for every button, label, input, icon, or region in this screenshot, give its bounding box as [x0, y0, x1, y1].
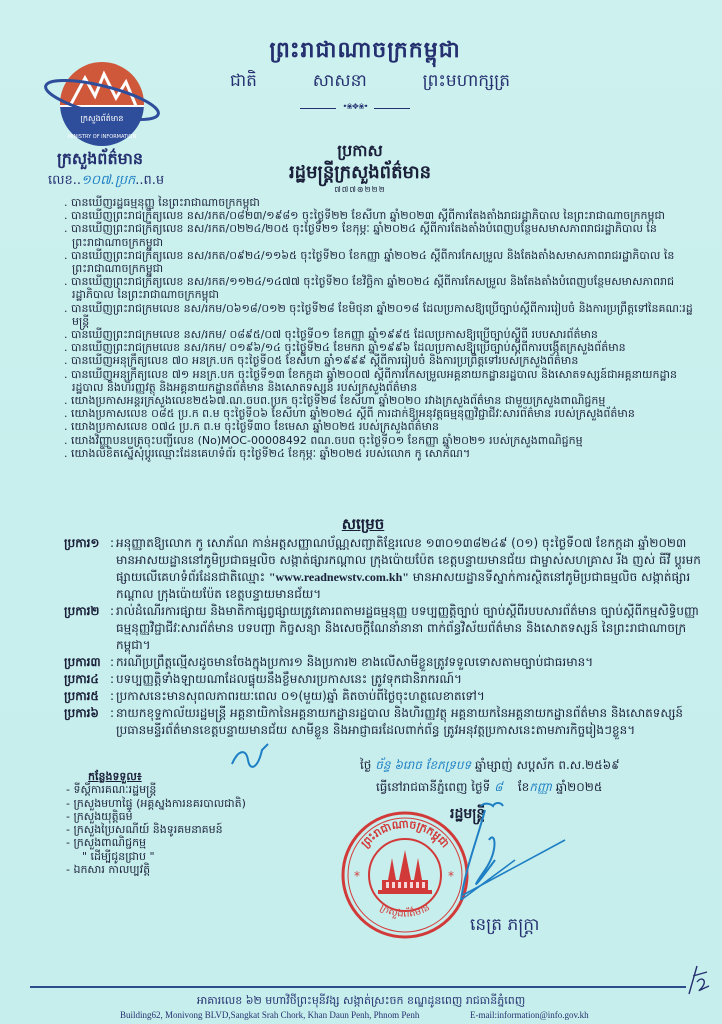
article-label: ប្រការ៣	[64, 654, 110, 671]
recipients-note: " ដើម្បីជូនជ្រាប "	[82, 850, 246, 863]
preamble-item: បានឃើញព្រះរាជក្រឹត្យលេខ នស/រកត/១១២៤/១៤៧៧…	[64, 275, 704, 301]
article-label: ប្រការ១	[64, 535, 110, 603]
svg-text:ក្រសួងព័ត៌មាន: ក្រសួងព័ត៌មាន	[378, 902, 432, 920]
svg-text:MINISTRY OF INFORMATION: MINISTRY OF INFORMATION	[68, 134, 137, 140]
article-6: ប្រការ៦: នាយកខុទ្ទកាល័យរដ្ឋមន្ត្រី អគ្គន…	[64, 705, 704, 739]
header-ornament-divider: •❀❖❀•	[300, 106, 410, 112]
minister-signature-icon	[455, 800, 575, 910]
svg-text:ក្រសួងព័ត៌មាន: ក្រសួងព័ត៌មាន	[80, 113, 123, 124]
national-motto: ជាតិ សាសនា ព្រះមហាក្សត្រ	[230, 70, 510, 95]
article-4: ប្រការ៤: បទប្បញ្ញត្តិទាំងឡាយណាដែលផ្ទុយនឹ…	[64, 671, 704, 688]
decision-heading: សម្រេច	[328, 515, 398, 537]
recipient-item: ទីស្តីការគណៈរដ្ឋមន្ត្រី	[66, 783, 246, 796]
recipients-heading: កន្លែងទទួល៖	[88, 770, 246, 783]
recipient-item: ក្រសួងប្រៃសណីយ៍ និងទូរគមនាគមន៍	[66, 823, 246, 836]
preamble-item: យោងប្រកាសលេខ ០៧៤ ប្រ.ក ព.ម ចុះថ្ងៃទី៣០ ខ…	[64, 420, 704, 433]
preamble-item: បានឃើញរដ្ឋធម្មនុញ្ញ នៃព្រះរាជាណាចក្រកម្ព…	[64, 196, 704, 209]
place-and-date: ធ្វើនៅរាជធានីភ្នំពេញ ថ្ងៃទី ៨ ខែកញ្ញា ឆ្…	[376, 779, 602, 797]
kingdom-title: ព្រះរាជាណាចក្រកម្ពុជា	[200, 36, 530, 68]
motto-nation: ជាតិ	[230, 70, 257, 95]
article-3: ប្រការ៣: ករណីប្រព្រឹត្តល្មើសដូចមានចែងក្ន…	[64, 654, 704, 671]
website-url: "www.readnewstv.com.kh"	[269, 570, 409, 584]
document-issuer: រដ្ឋមន្ត្រីក្រសួងព័ត៌មាន	[240, 160, 480, 187]
footer-email: E-mail:information@info.gov.kh	[470, 1010, 589, 1020]
document-page: ក្រសួងព័ត៌មាន MINISTRY OF INFORMATION ក្…	[0, 0, 722, 1024]
recipient-archive: ឯកសារ កាលប្បវត្តិ	[66, 863, 246, 876]
footer-address-en: Building62, Monivong BLVD,Sangkat Srah C…	[120, 1010, 419, 1020]
motto-religion: សាសនា	[313, 70, 367, 95]
preamble-item: បានឃើញព្រះរាជក្រមលេខ នស/រកម/០៦១៨/០១២ ចុះ…	[64, 302, 704, 328]
preamble-item: យោងប្រកាសអន្តរក្រសួងលេខ២៥៦៧.ណ.ចបព.ប្រក ច…	[64, 394, 704, 407]
preamble-item: បានឃើញព្រះរាជក្រមលេខ នស/រកម/ ០១៩៦/១៤ ចុះ…	[64, 341, 704, 354]
recipient-item: ក្រសួងមហាផ្ទៃ (អគ្គស្នងការនគរបាលជាតិ)	[66, 797, 246, 810]
recipient-item: ក្រសួងពាណិជ្ជកម្ម	[66, 836, 246, 849]
lunar-date: ថ្ងៃ ច័ន្ទ ៦រោច ខែភទ្របទ ឆ្នាំម្សាញ់ សប្…	[360, 757, 620, 775]
preamble-item: បានឃើញអនុក្រឹត្យលេខ ៧១ អនក្រ.បក ចុះថ្ងៃទ…	[64, 368, 704, 394]
recipient-item: ក្រសួងយុត្តិធម៌	[66, 810, 246, 823]
article-label: ប្រការ២	[64, 603, 110, 654]
articles-list: ប្រការ១: អនុញ្ញាតឱ្យលោក កូ សោភ័ណ កាន់អត្…	[64, 535, 704, 739]
preamble-item: បានឃើញអនុក្រឹត្យលេខ ៧០ អនក្រ.បក ចុះថ្ងៃទ…	[64, 354, 704, 367]
ministry-logo-icon: ក្រសួងព័ត៌មាន MINISTRY OF INFORMATION	[40, 58, 160, 148]
ministry-name: ក្រសួងព័ត៌មាន	[30, 148, 170, 172]
article-label: ប្រការ៤	[64, 671, 110, 688]
preamble-item: បានឃើញព្រះរាជក្រឹត្យលេខ នស/រកត/០៩២៤/១១៦៥…	[64, 249, 704, 275]
article-5: ប្រការ៥: ប្រកាសនេះមានសុពលភាពរយៈពេល ០១(មួ…	[64, 688, 704, 705]
article-label: ប្រការ៥	[64, 688, 110, 705]
svg-text:*: *	[448, 869, 454, 883]
article-1: ប្រការ១: អនុញ្ញាតឱ្យលោក កូ សោភ័ណ កាន់អត្…	[64, 535, 704, 603]
preamble-item: បានឃើញព្រះរាជក្រឹត្យលេខ នស/រកត/០៨២៣/១៩៨១…	[64, 209, 704, 222]
recipients-list: កន្លែងទទួល៖ ទីស្តីការគណៈរដ្ឋមន្ត្រី ក្រស…	[66, 770, 246, 876]
minister-name: នេត្រ ភក្ត្រា	[470, 914, 540, 939]
preamble-item: បានឃើញព្រះរាជក្រឹត្យលេខ នស/រកត/០២២៤/២០៥ …	[64, 222, 704, 248]
preamble-item: យោងលិខិតស្នើសុំប្តូរឈ្មោះដែនគេហទំព័រ ចុះ…	[64, 447, 704, 460]
document-code: ៧៧៧⊛២២២	[320, 184, 400, 196]
preamble-item: យោងប្រកាសលេខ ០៨៥ ប្រ.ក ព.ម ចុះថ្ងៃទី០៦ ខ…	[64, 407, 704, 420]
footer-divider	[30, 986, 686, 988]
reference-number: លេខ..១០៧.ប្រក..ព.ម	[48, 172, 164, 191]
svg-text:*: *	[354, 869, 360, 883]
preamble-item: បានឃើញព្រះរាជក្រមលេខ នស/រកម/ ០៨៩៥/០៧ ចុះ…	[64, 328, 704, 341]
footer-initials-icon	[683, 962, 713, 998]
article-2: ប្រការ២: រាល់ដំណើរការផ្សាយ និងមាតិកាផ្សព…	[64, 603, 704, 654]
motto-king: ព្រះមហាក្សត្រ	[423, 70, 510, 95]
article-label: ប្រការ៦	[64, 705, 110, 739]
official-seal-icon: ព្រះរាជាណាចក្រកម្ពុជា ក្រសួងព័ត៌មាន * *	[340, 810, 470, 940]
preamble-item: យោងវិញ្ញាបនបត្រចុះបញ្ជីលេខ (No)MOC-00008…	[64, 434, 704, 447]
preamble-list: បានឃើញរដ្ឋធម្មនុញ្ញ នៃព្រះរាជាណាចក្រកម្ព…	[64, 196, 704, 460]
footer-address-kh: អាគារលេខ ៦២ មហាវិថីព្រះមុនីវង្ស សង្កាត់ស…	[0, 994, 722, 1010]
initial-signature-icon	[228, 740, 278, 770]
